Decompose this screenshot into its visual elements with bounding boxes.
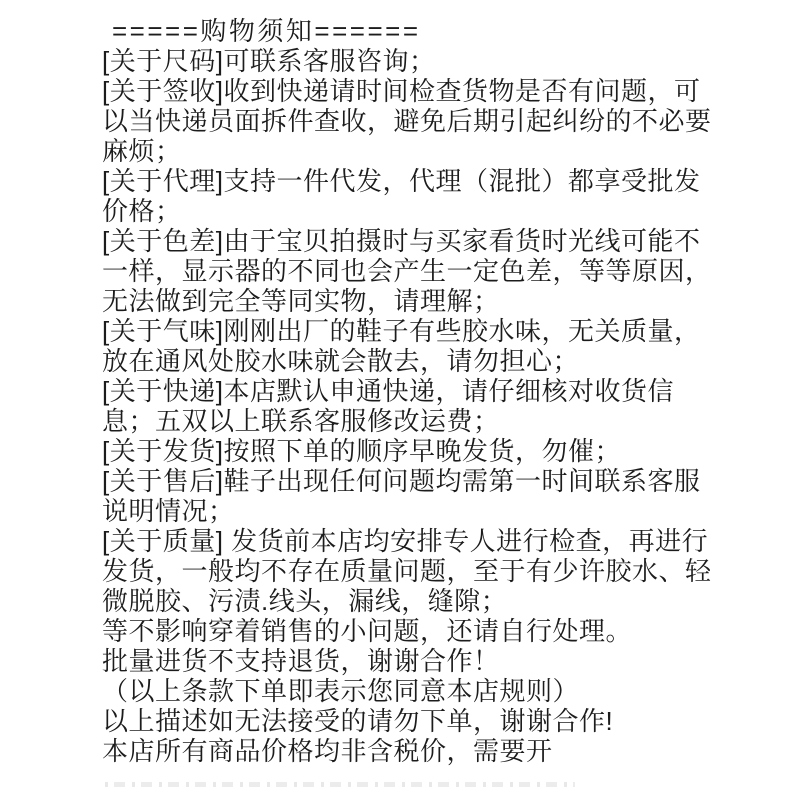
notice-line: 息；五双以上联系客服修改运费；	[102, 406, 702, 436]
notice-line: 微脱胶、污渍.线头，漏线，缝隙；	[102, 586, 702, 616]
notice-line: 放在通风处胶水味就会散去，请勿担心；	[102, 346, 702, 376]
notice-line: [关于质量] 发货前本店均安排专人进行检查，再进行	[102, 526, 702, 556]
notice-line: [关于气味]刚刚出厂的鞋子有些胶水味，无关质量，	[102, 316, 702, 346]
notice-line: [关于售后]鞋子出现任何问题均需第一时间联系客服	[102, 466, 702, 496]
notice-line: 价格；	[102, 196, 702, 226]
notice-line: 等不影响穿着销售的小问题，还请自行处理。	[102, 616, 702, 646]
notice-line: [关于色差]由于宝贝拍摄时与买家看货时光线可能不	[102, 226, 702, 256]
notice-line: 麻烦；	[102, 136, 702, 166]
notice-line: [关于尺码]可联系客服咨询；	[102, 46, 702, 76]
notice-line: [关于签收]收到快递请时间检查货物是否有问题，可	[102, 76, 702, 106]
notice-title: =====购物须知======	[102, 16, 702, 46]
notice-line: 本店所有商品价格均非含税价，需要开	[102, 736, 702, 766]
cutoff-text-strip	[105, 782, 575, 787]
notice-line: 以上描述如无法接受的请勿下单，谢谢合作!	[102, 706, 702, 736]
notice-line: 一样，显示器的不同也会产生一定色差，等等原因，	[102, 256, 702, 286]
notice-line: 批量进货不支持退货，谢谢合作！	[102, 646, 702, 676]
notice-line: 说明情况；	[102, 496, 702, 526]
notice-line: （以上条款下单即表示您同意本店规则）	[102, 676, 702, 706]
notice-line: [关于快递]本店默认申通快递，请仔细核对收货信	[102, 376, 702, 406]
notice-line: 无法做到完全等同实物，请理解；	[102, 286, 702, 316]
notice-line: [关于发货]按照下单的顺序早晚发货，勿催；	[102, 436, 702, 466]
notice-line: 以当快递员面拆件查收，避免后期引起纠纷的不必要	[102, 106, 702, 136]
notice-line: 发货，一般均不存在质量问题，至于有少许胶水、轻	[102, 556, 702, 586]
shopping-notice-image: =====购物须知====== [关于尺码]可联系客服咨询；[关于签收]收到快递…	[0, 0, 790, 790]
notice-line: [关于代理]支持一件代发，代理（混批）都享受批发	[102, 166, 702, 196]
notice-text-block: =====购物须知====== [关于尺码]可联系客服咨询；[关于签收]收到快递…	[102, 16, 702, 766]
notice-body: [关于尺码]可联系客服咨询；[关于签收]收到快递请时间检查货物是否有问题，可以当…	[102, 46, 702, 766]
